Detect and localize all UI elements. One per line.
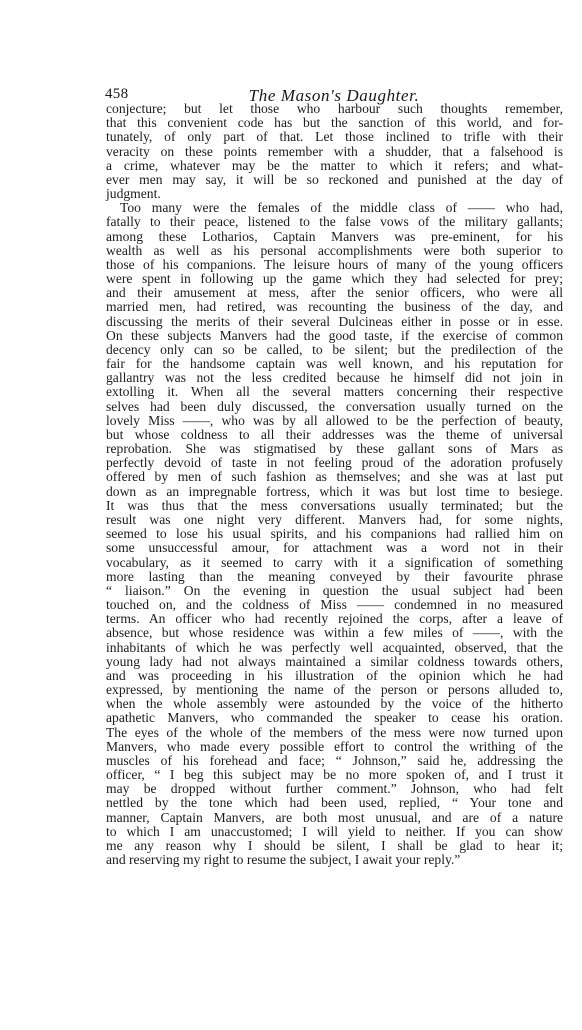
text-line: may be dropped without further comment.”… bbox=[106, 782, 563, 796]
text-line: more lasting than the meaning conveyed b… bbox=[106, 570, 563, 584]
text-line: Manvers, who made every possible effort … bbox=[106, 740, 563, 754]
text-line: reprobation. She was stigmatised by thes… bbox=[106, 442, 563, 456]
text-line: result was one night very different. Man… bbox=[106, 513, 563, 527]
book-page: 458 The Mason's Daughter. conjecture; bu… bbox=[0, 0, 582, 1030]
text-line: some unsuccessful amour, for attachment … bbox=[106, 541, 563, 555]
text-line: lovely Miss ——, who was by all allowed t… bbox=[106, 414, 563, 428]
text-line: married men, had retired, was recounting… bbox=[106, 300, 563, 314]
text-line: inhabitants of which he was perfectly we… bbox=[106, 641, 563, 655]
text-line: selves had been duly discussed, the conv… bbox=[106, 400, 563, 414]
text-line: those of his companions. The leisure hou… bbox=[106, 258, 563, 272]
text-line: gallantry was not the less credited beca… bbox=[106, 371, 563, 385]
text-line: extolling it. When all the several matte… bbox=[106, 385, 563, 399]
text-line: young lady had not always maintained a s… bbox=[106, 655, 563, 669]
text-line: touched on, and the coldness of Miss —— … bbox=[106, 598, 563, 612]
text-line: me any reason why I should be silent, I … bbox=[106, 839, 563, 853]
text-line: to which I am unaccustomed; I will yield… bbox=[106, 825, 563, 839]
text-line: tunately, of only part of that. Let thos… bbox=[106, 130, 563, 144]
text-line: decency only can so be called, to be sil… bbox=[106, 343, 563, 357]
text-line: apathetic Manvers, who commanded the spe… bbox=[106, 711, 563, 725]
text-line: were spent in following up the game whic… bbox=[106, 272, 563, 286]
text-line: perfectly devoid of taste in not feeling… bbox=[106, 456, 563, 470]
text-line: a crime, whatever may be the matter to w… bbox=[106, 159, 563, 173]
text-line: It was thus that the mess conversations … bbox=[106, 499, 563, 513]
text-line: judgment. bbox=[106, 187, 563, 201]
text-line: seemed to lose his usual spirits, and hi… bbox=[106, 527, 563, 541]
text-line: Too many were the females of the middle … bbox=[106, 201, 563, 215]
text-line: nettled by the tone which had been used,… bbox=[106, 796, 563, 810]
text-line: “ liaison.” On the evening in question t… bbox=[106, 584, 563, 598]
text-line: and their amusement at mess, after the s… bbox=[106, 286, 563, 300]
text-line: officer, “ I beg this subject may be no … bbox=[106, 768, 563, 782]
text-line: down as an impregnable fortress, which i… bbox=[106, 485, 563, 499]
text-line: terms. An officer who had recently rejoi… bbox=[106, 612, 563, 626]
text-line: expressed, by mentioning the name of the… bbox=[106, 683, 563, 697]
text-line: vocabulary, as it seemed to carry with i… bbox=[106, 556, 563, 570]
text-line: muscles of his forehead and face; “ John… bbox=[106, 754, 563, 768]
text-line: fair for the handsome captain was well k… bbox=[106, 357, 563, 371]
body-text: conjecture; but let those who harbour su… bbox=[106, 102, 563, 867]
text-line: but whose coldness to all their addresse… bbox=[106, 428, 563, 442]
text-line: On these subjects Manvers had the good t… bbox=[106, 329, 563, 343]
text-line: ever men may say, it will be so reckoned… bbox=[106, 173, 563, 187]
text-line: manner, Captain Manvers, are both most u… bbox=[106, 811, 563, 825]
text-line: conjecture; but let those who harbour su… bbox=[106, 102, 563, 116]
text-line: offered by men of such fashion as themse… bbox=[106, 470, 563, 484]
text-line: fatally to their peace, listened to the … bbox=[106, 215, 563, 229]
text-line: absence, but whose residence was within … bbox=[106, 626, 563, 640]
text-line: when the whole assembly were astounded b… bbox=[106, 697, 563, 711]
text-line: The eyes of the whole of the members of … bbox=[106, 726, 563, 740]
text-line: veracity on these points remember with a… bbox=[106, 145, 563, 159]
text-line: and reserving my right to resume the sub… bbox=[106, 853, 563, 867]
text-line: and was proceeding in his illustration o… bbox=[106, 669, 563, 683]
text-line: wealth as well as his personal accomplis… bbox=[106, 244, 563, 258]
text-line: discussing the merits of their several D… bbox=[106, 315, 563, 329]
text-line: among these Lotharios, Captain Manvers w… bbox=[106, 230, 563, 244]
text-line: that this convenient code has but the sa… bbox=[106, 116, 563, 130]
